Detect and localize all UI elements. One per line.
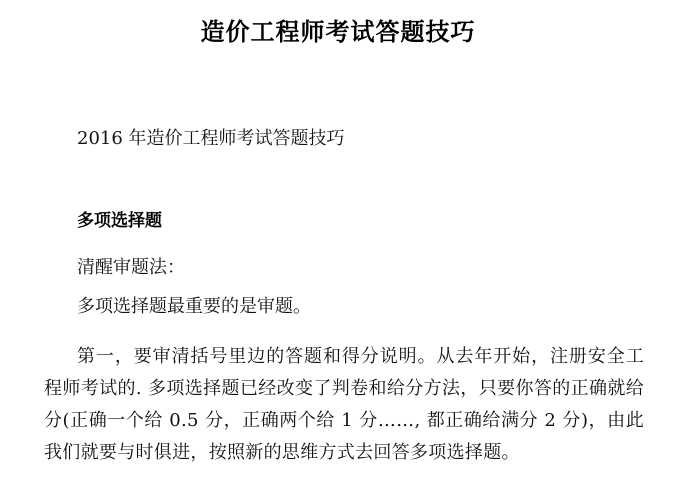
paragraph-reading-method: 清醒审题法： (77, 255, 185, 281)
section-heading: 多项选择题 (77, 208, 162, 234)
document-subtitle: 2016 年造价工程师考试答题技巧 (77, 126, 345, 152)
document-title: 造价工程师考试答题技巧 (0, 14, 676, 50)
paragraph-first-point: 第一，要审清括号里边的答题和得分说明。从去年开始，注册安全工程师考试的. 多项选… (44, 341, 644, 469)
paragraph-importance: 多项选择题最重要的是审题。 (77, 294, 311, 320)
